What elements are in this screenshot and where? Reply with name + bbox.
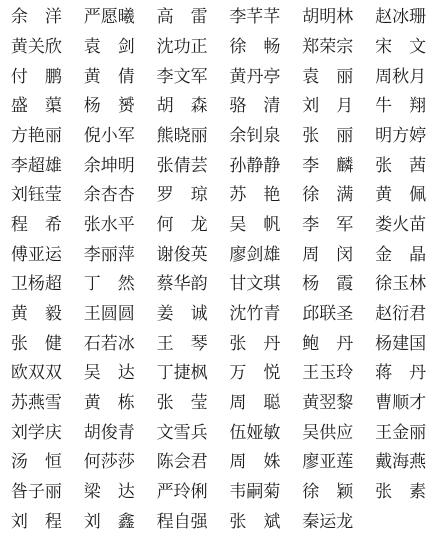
person-name: 胡 森	[146, 89, 219, 119]
person-name: 黄翌黎	[291, 386, 364, 416]
person-name: 刘钰莹	[0, 178, 73, 208]
person-name: 赵冰珊	[364, 0, 437, 30]
person-name: 张 莹	[146, 386, 219, 416]
person-name: 何莎莎	[73, 445, 146, 475]
person-name: 孙静静	[219, 148, 292, 178]
person-name: 刘学庆	[0, 415, 73, 445]
person-name: 谢俊英	[146, 237, 219, 267]
person-name: 方艳丽	[0, 119, 73, 149]
person-name: 张水平	[73, 208, 146, 238]
person-name: 傅亚运	[0, 237, 73, 267]
person-name: 姜 诚	[146, 297, 219, 327]
person-name: 王金丽	[364, 415, 437, 445]
name-list-page: 余 洋严愿曦高 雷李芊芊胡明林赵冰珊黄关欣袁 剑沈功正徐 畅郑荣宗宋 文付 鹏黄…	[0, 0, 437, 534]
person-name: 黄丹亭	[219, 59, 292, 89]
person-name: 李丽萍	[73, 237, 146, 267]
person-name: 黄 栋	[73, 386, 146, 416]
person-name: 廖亚莲	[291, 445, 364, 475]
person-name: 张 素	[364, 475, 437, 505]
person-name: 袁 丽	[291, 59, 364, 89]
person-name: 苏燕雪	[0, 386, 73, 416]
person-name: 杨 霞	[291, 267, 364, 297]
person-name: 李 麟	[291, 148, 364, 178]
person-name: 卫杨超	[0, 267, 73, 297]
person-name: 徐玉林	[364, 267, 437, 297]
person-name: 余杏杏	[73, 178, 146, 208]
person-name: 刘 鑫	[73, 504, 146, 534]
person-name: 李文军	[146, 59, 219, 89]
person-name: 胡明林	[291, 0, 364, 30]
person-name: 周 聪	[219, 386, 292, 416]
person-name: 徐 颖	[291, 475, 364, 505]
person-name: 周 闵	[291, 237, 364, 267]
person-name: 罗 琼	[146, 178, 219, 208]
person-name: 李超雄	[0, 148, 73, 178]
person-name: 杨 赟	[73, 89, 146, 119]
person-name: 倪小军	[73, 119, 146, 149]
person-name: 张 斌	[219, 504, 292, 534]
person-name: 文雪兵	[146, 415, 219, 445]
person-name: 蒋 丹	[364, 356, 437, 386]
person-name: 邱联圣	[291, 297, 364, 327]
person-name: 李芊芊	[219, 0, 292, 30]
person-name: 吴 帆	[219, 208, 292, 238]
person-name: 戴海燕	[364, 445, 437, 475]
person-name: 胡俊青	[73, 415, 146, 445]
person-name: 程自强	[146, 504, 219, 534]
person-name: 廖剑雄	[219, 237, 292, 267]
person-name: 汤 恒	[0, 445, 73, 475]
person-name: 万 悦	[219, 356, 292, 386]
person-name: 郑荣宗	[291, 30, 364, 60]
person-name: 曹顺才	[364, 386, 437, 416]
person-name: 赵衍君	[364, 297, 437, 327]
person-name: 刘 月	[291, 89, 364, 119]
name-grid: 余 洋严愿曦高 雷李芊芊胡明林赵冰珊黄关欣袁 剑沈功正徐 畅郑荣宗宋 文付 鹏黄…	[0, 0, 437, 534]
person-name: 金 晶	[364, 237, 437, 267]
person-name: 余坤明	[73, 148, 146, 178]
person-name: 高 雷	[146, 0, 219, 30]
person-name: 王 琴	[146, 326, 219, 356]
person-name: 徐 满	[291, 178, 364, 208]
person-name: 明方婷	[364, 119, 437, 149]
person-name: 蔡华韵	[146, 267, 219, 297]
person-name: 鲍 丹	[291, 326, 364, 356]
person-name: 陈会君	[146, 445, 219, 475]
person-name: 丁 然	[73, 267, 146, 297]
person-name: 吴供应	[291, 415, 364, 445]
person-name: 苏 艳	[219, 178, 292, 208]
person-name: 张 丽	[291, 119, 364, 149]
person-name: 伍娅敏	[219, 415, 292, 445]
person-name: 张 丹	[219, 326, 292, 356]
person-name	[364, 504, 437, 534]
person-name: 韦嗣菊	[219, 475, 292, 505]
person-name: 何 龙	[146, 208, 219, 238]
person-name: 沈功正	[146, 30, 219, 60]
person-name: 严愿曦	[73, 0, 146, 30]
person-name: 沈竹青	[219, 297, 292, 327]
person-name: 王圆圆	[73, 297, 146, 327]
person-name: 甘文琪	[219, 267, 292, 297]
person-name: 梁 达	[73, 475, 146, 505]
person-name: 黄关欣	[0, 30, 73, 60]
person-name: 昝子丽	[0, 475, 73, 505]
person-name: 熊晓丽	[146, 119, 219, 149]
person-name: 石若冰	[73, 326, 146, 356]
person-name: 余 洋	[0, 0, 73, 30]
person-name: 周秋月	[364, 59, 437, 89]
person-name: 黄 佩	[364, 178, 437, 208]
person-name: 宋 文	[364, 30, 437, 60]
person-name: 黄 毅	[0, 297, 73, 327]
person-name: 牛 翔	[364, 89, 437, 119]
person-name: 徐 畅	[219, 30, 292, 60]
person-name: 吴 达	[73, 356, 146, 386]
person-name: 王玉玲	[291, 356, 364, 386]
person-name: 欧双双	[0, 356, 73, 386]
person-name: 袁 剑	[73, 30, 146, 60]
person-name: 余钊泉	[219, 119, 292, 149]
person-name: 秦运龙	[291, 504, 364, 534]
person-name: 骆 清	[219, 89, 292, 119]
person-name: 严玲俐	[146, 475, 219, 505]
person-name: 刘 程	[0, 504, 73, 534]
person-name: 黄 倩	[73, 59, 146, 89]
person-name: 杨建国	[364, 326, 437, 356]
person-name: 付 鹏	[0, 59, 73, 89]
person-name: 张 健	[0, 326, 73, 356]
person-name: 李 军	[291, 208, 364, 238]
person-name: 周 姝	[219, 445, 292, 475]
person-name: 程 希	[0, 208, 73, 238]
person-name: 盛 蕖	[0, 89, 73, 119]
person-name: 丁捷枫	[146, 356, 219, 386]
person-name: 张倩芸	[146, 148, 219, 178]
person-name: 娄火苗	[364, 208, 437, 238]
person-name: 张 茜	[364, 148, 437, 178]
